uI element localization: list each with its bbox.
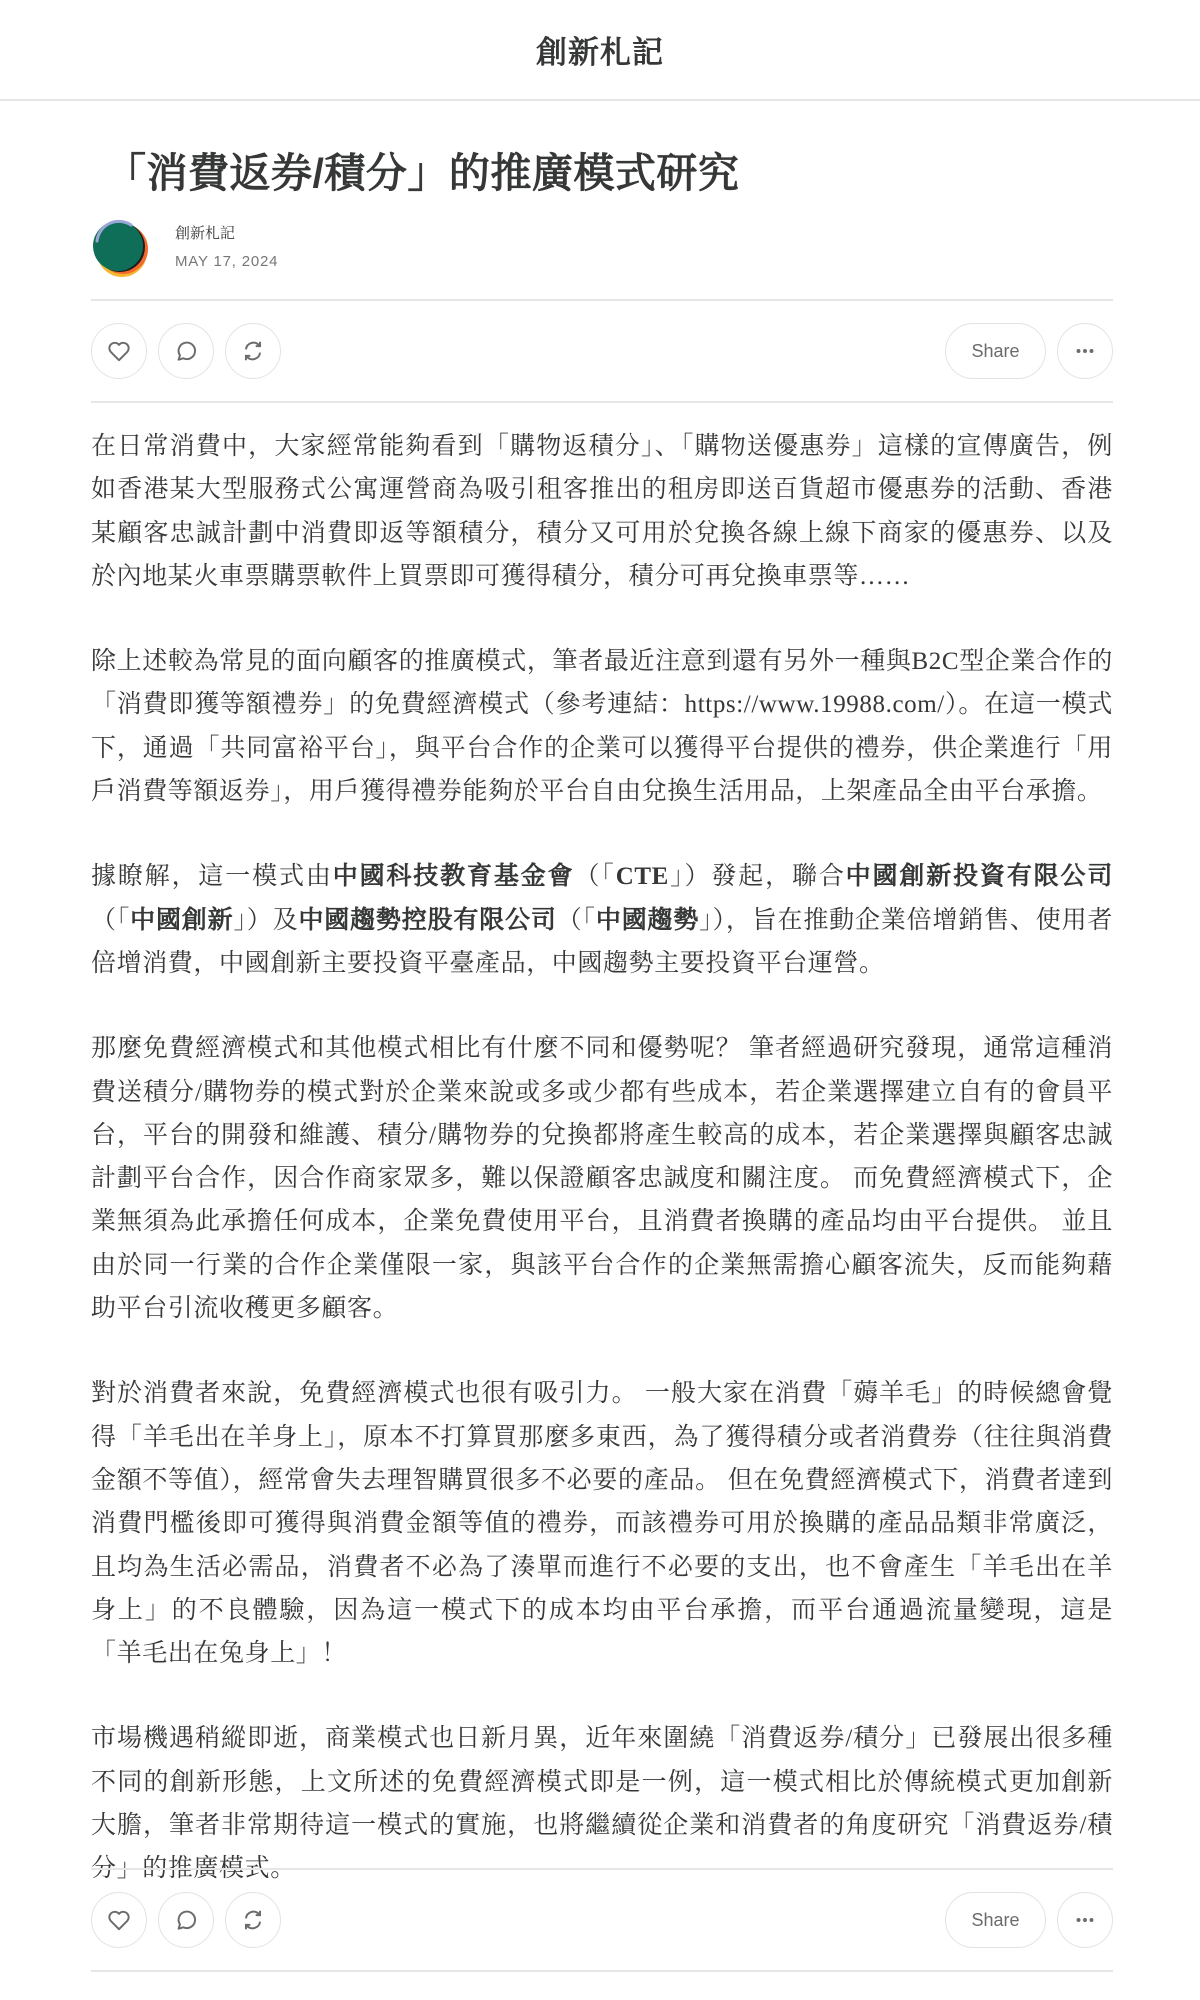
bold-text-segment: 中國創新	[130, 907, 233, 934]
paragraph-2: 除上述較為常見的面向顧客的推廣模式，筆者最近注意到還有另外一種與B2C型企業合作…	[91, 640, 1113, 813]
author-name[interactable]: 創新札記	[175, 224, 278, 244]
paragraph-5: 對於消費者來說，免費經濟模式也很有吸引力。 一般大家在消費「薅羊毛」的時候總會覺…	[91, 1372, 1113, 1675]
restack-button[interactable]	[225, 323, 281, 379]
comment-icon	[173, 1907, 199, 1933]
more-options-button[interactable]	[1057, 323, 1113, 379]
avatar[interactable]	[91, 219, 149, 277]
paragraph-3: 據瞭解，這一模式由中國科技教育基金會（「CTE」）發起，聯合中國創新投資有限公司…	[91, 855, 1113, 985]
text-segment: 市場機遇稍縱即逝，商業模式也日新月異，近年來圍繞「消費返券/積分」已發展出很多種…	[91, 1725, 1113, 1882]
avatar-logo-icon	[91, 219, 149, 277]
comment-icon	[173, 338, 199, 364]
text-segment: （「	[557, 907, 596, 934]
text-segment: 除上述較為常見的面向顧客的推廣模式，筆者最近注意到還有另外一種與B2C型企業合作…	[91, 648, 1113, 805]
text-segment: 在日常消費中，大家經常能夠看到「購物返積分」、「購物送優惠券」這樣的宣傳廣告，例…	[91, 433, 1113, 590]
comment-button[interactable]	[158, 1892, 214, 1948]
post-body: 在日常消費中，大家經常能夠看到「購物返積分」、「購物送優惠券」這樣的宣傳廣告，例…	[91, 425, 1113, 1891]
bold-text-segment: CTE	[616, 863, 669, 890]
more-options-button[interactable]	[1057, 1892, 1113, 1948]
post-action-bar-bottom: Share	[91, 1868, 1113, 1972]
share-button[interactable]: Share	[945, 1892, 1046, 1948]
text-segment: （「	[574, 863, 615, 890]
like-button[interactable]	[91, 1892, 147, 1948]
text-segment: 」）發起，聯合	[669, 863, 846, 890]
heart-icon	[106, 1907, 132, 1933]
ellipsis-icon	[1072, 338, 1098, 364]
restack-icon	[240, 1907, 266, 1933]
like-button[interactable]	[91, 323, 147, 379]
restack-button[interactable]	[225, 1892, 281, 1948]
bold-text-segment: 中國創新投資有限公司	[846, 863, 1113, 890]
comment-button[interactable]	[158, 323, 214, 379]
text-segment: 對於消費者來說，免費經濟模式也很有吸引力。 一般大家在消費「薅羊毛」的時候總會覺…	[91, 1380, 1113, 1667]
bold-text-segment: 中國科技教育基金會	[333, 863, 575, 890]
post-action-bar-top: Share	[91, 299, 1113, 403]
paragraph-1: 在日常消費中，大家經常能夠看到「購物返積分」、「購物送優惠券」這樣的宣傳廣告，例…	[91, 425, 1113, 598]
byline: 創新札記 MAY 17, 2024	[91, 219, 1113, 277]
post-title: 「消費返券/積分」的推廣模式研究	[105, 143, 1113, 203]
publication-header: 創新札記	[0, 0, 1200, 101]
ellipsis-icon	[1072, 1907, 1098, 1933]
share-button[interactable]: Share	[945, 323, 1046, 379]
publication-title[interactable]: 創新札記	[536, 27, 664, 72]
restack-icon	[240, 338, 266, 364]
post-footer: Share	[91, 1868, 1113, 1972]
paragraph-4: 那麼免費經濟模式和其他模式相比有什麼不同和優勢呢？ 筆者經過研究發現，通常這種消…	[91, 1027, 1113, 1330]
paragraph-6: 市場機遇稍縱即逝，商業模式也日新月異，近年來圍繞「消費返券/積分」已發展出很多種…	[91, 1717, 1113, 1890]
post: 「消費返券/積分」的推廣模式研究 創新札記 MAY 17, 2024	[91, 101, 1113, 1933]
heart-icon	[106, 338, 132, 364]
bold-text-segment: 中國趨勢	[596, 907, 699, 934]
text-segment: 」）及	[233, 907, 298, 934]
bold-text-segment: 中國趨勢控股有限公司	[298, 907, 556, 934]
post-date: MAY 17, 2024	[175, 252, 278, 272]
text-segment: （「	[91, 907, 130, 934]
text-segment: 那麼免費經濟模式和其他模式相比有什麼不同和優勢呢？ 筆者經過研究發現，通常這種消…	[91, 1035, 1113, 1322]
text-segment: 據瞭解，這一模式由	[91, 863, 333, 890]
